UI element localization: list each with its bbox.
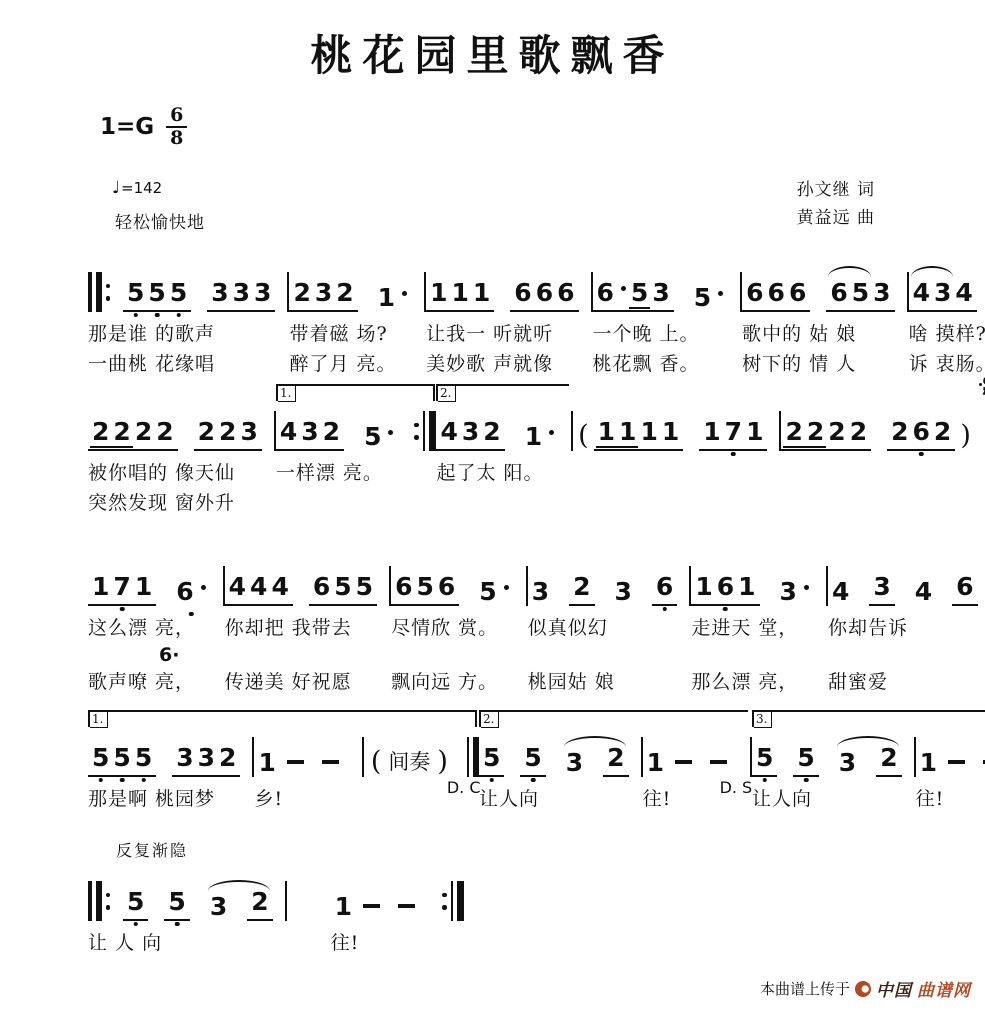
note: 5 (92, 744, 109, 772)
lyrics-row-2: 桃园姑 娘 (528, 667, 692, 697)
notes-row: 1613 (691, 560, 828, 606)
notes-row: 2321 (289, 266, 426, 312)
note-group: 5 (479, 744, 504, 777)
volta-bracket: 2. (436, 384, 569, 401)
note: 3 (233, 279, 250, 307)
lyrics-row-2: 美妙歌 声就像 (426, 349, 592, 379)
note-group: 5 (690, 284, 728, 312)
measure: (1111171 (573, 405, 781, 518)
site-name-light: 曲谱网 (917, 976, 971, 1001)
slur-arc (564, 736, 626, 747)
measure: 111666让我一 听就听美妙歌 声就像 (426, 266, 592, 379)
jump-mark: D. C (447, 778, 481, 797)
notes-row: (间奏) (364, 731, 479, 777)
measure: 1往!D. S (643, 731, 752, 814)
notes-row: 1 (331, 875, 464, 921)
lyrics-row-2: 醉了月 亮。 (289, 349, 426, 379)
note-group: 3 (528, 578, 553, 606)
note-group: 2 (569, 573, 594, 606)
note: 6 (717, 573, 734, 601)
note-group: 666 (510, 279, 578, 312)
measure: 5532让人向 (752, 731, 916, 814)
note: 6 (746, 279, 763, 307)
note-group: 555 (88, 744, 156, 777)
note-group: 656 (391, 573, 459, 606)
note: 6 (956, 573, 973, 601)
octave-dot (731, 452, 736, 457)
augmentation-dot (201, 585, 206, 590)
volta-number: 2. (438, 386, 456, 402)
repeat-fade-label: 反复渐隐 (116, 838, 907, 861)
lyrics-row-2: 桃花飘 香。 (593, 349, 743, 379)
note-group: 432 (436, 418, 504, 451)
note: 3 (839, 749, 856, 777)
note: 1 (378, 284, 408, 312)
lyrics-row-1: 让 人 向 (88, 928, 287, 958)
measure: 4346你却告诉甜蜜爱 (828, 560, 985, 697)
notes-row: 5532 (752, 731, 916, 777)
note: 2 (483, 418, 500, 446)
notes-row: 6565 (391, 560, 528, 606)
lyrics-row-2: 突然发现 窗外升 (88, 488, 276, 518)
lyrics-row-2: 甜蜜爱 (828, 667, 985, 697)
note: 2 (156, 418, 173, 446)
note: 5 (334, 573, 351, 601)
measure: 1716这么漂 亮，6·歌声嘹 亮， (88, 560, 225, 697)
barline-single (285, 881, 287, 921)
expression-text: 轻松愉快地 (115, 208, 205, 233)
lyrics-row-2: 飘向远 方。 (391, 667, 528, 697)
note-group: 3 (206, 893, 231, 921)
note: 3 (873, 573, 890, 601)
key-text: 1=G (100, 114, 154, 140)
note: 6 (789, 279, 806, 307)
octave-dot (762, 778, 767, 783)
barline-end-repeat (438, 881, 464, 921)
note: 3 (873, 279, 890, 307)
note: 1 (135, 573, 152, 601)
note-group: 1 (331, 891, 426, 921)
note: 6 (514, 279, 531, 307)
lyrics-row-1: 往! (331, 928, 464, 958)
lyrics-row-2 (276, 488, 437, 518)
lyrics-row-2: 诉 衷肠。 (909, 349, 985, 379)
notes-row: 4325 (276, 405, 437, 451)
note: 4 (280, 418, 297, 446)
note: 2 (891, 418, 908, 446)
note-group: 6 (652, 573, 677, 606)
note: 1 (647, 749, 664, 777)
lyrics-row-1: 带着磁 场? (289, 319, 426, 349)
alternate-note (691, 643, 828, 667)
note: 2 (828, 418, 845, 446)
note-group: 5 (793, 744, 818, 777)
measure: 555333那是谁 的歌声一曲桃 花缘唱 (88, 266, 289, 379)
lyrics-row-2: 传递美 好祝愿 (225, 667, 391, 697)
note-group: 3 (776, 578, 814, 606)
note: 2 (807, 418, 824, 446)
note: 2 (113, 418, 130, 446)
notes-row: 6535 (593, 266, 743, 312)
note: 4 (271, 573, 288, 601)
note: 4 (955, 279, 972, 307)
note: 5 (135, 744, 152, 772)
note-group: 5 (475, 578, 513, 606)
site-logo-icon (855, 981, 871, 997)
note-group: 2 (876, 744, 901, 777)
note-group: 653 (593, 279, 674, 312)
measure: 666653歌中的 姑 娘树下的 情 人 (742, 266, 908, 379)
note-group: 161 (691, 573, 759, 606)
note-group: 1 (916, 747, 985, 777)
sheet-music-page: 桃花园里歌飘香 1=G 6 8 ♩=142 轻松愉快地 孙文继 词 黄益远 曲 … (0, 0, 985, 1016)
augmentation-dot (718, 291, 723, 296)
notes-row: 2222262) (781, 405, 985, 451)
measure: (间奏)D. C (364, 731, 479, 814)
octave-dot (804, 778, 809, 783)
note-group: 332 (172, 744, 240, 777)
octave-dot (489, 778, 494, 783)
note: 5 (356, 573, 373, 601)
note: 6 (176, 578, 206, 606)
volta-number: 3. (754, 712, 772, 728)
note-group: 444 (225, 573, 293, 606)
note: 1 (598, 418, 615, 446)
note: 3 (780, 578, 810, 606)
note: 3 (532, 578, 549, 606)
note: 3 (566, 749, 583, 777)
music-line: 555333那是谁 的歌声一曲桃 花缘唱2321带着磁 场?醉了月 亮。1116… (88, 240, 907, 379)
dash-note (675, 747, 692, 777)
note-group: 1 (374, 284, 412, 312)
note: 1 (619, 418, 636, 446)
measure: 2222262) (781, 405, 985, 518)
notes-row: 2222223 (88, 405, 276, 451)
lyrics-row-1: 让我一 听就听 (426, 319, 592, 349)
measure: 2222223被你唱的 像天仙突然发现 窗外升 (88, 405, 276, 518)
music-line: 2222223被你唱的 像天仙突然发现 窗外升4325一样漂 亮。4321起了太… (88, 379, 907, 518)
note-group: (间奏) (364, 747, 455, 777)
note: 6 (438, 573, 455, 601)
notes-row: 1716 (88, 560, 225, 606)
note: 1 (258, 749, 275, 777)
note: 1 (430, 279, 447, 307)
dash-note (710, 747, 727, 777)
lyrics-row-1: 歌中的 姑 娘 (742, 319, 908, 349)
note-group: 653 (826, 279, 894, 312)
note: 5 (416, 573, 433, 601)
note: 1 (920, 749, 937, 777)
volta-bracket: 1. (276, 384, 435, 401)
note: 1 (451, 279, 468, 307)
note-group: 2222 (781, 418, 871, 451)
volta-number: 2. (481, 712, 499, 728)
note-group: 5 (360, 423, 398, 451)
note: 2 (573, 573, 590, 601)
measure: 4321起了太 阳。 (436, 405, 573, 518)
alternate-note (828, 643, 985, 667)
lyrics-row-2 (781, 488, 985, 518)
augmentation-dot (402, 291, 407, 296)
lyrics-row-1: 这么漂 亮， (88, 613, 225, 643)
octave-dot (662, 607, 667, 612)
music-line: 5532让 人 向1往! (88, 861, 907, 958)
lyrics-row-1: 让人向 (752, 784, 916, 814)
note: 2 (323, 418, 340, 446)
note: 3 (240, 418, 257, 446)
note: 2 (219, 744, 236, 772)
note: 5 (168, 888, 185, 916)
note-group: 2 (603, 744, 628, 777)
note: 2 (219, 418, 236, 446)
note: 5 (852, 279, 869, 307)
note: 1 (703, 418, 720, 446)
notes-row: 4346 (828, 560, 985, 606)
time-signature: 6 8 (166, 106, 187, 148)
lyrics-row-2: 歌声嘹 亮， (88, 667, 225, 697)
note-group: 3 (835, 749, 860, 777)
slur-arc (911, 266, 953, 277)
tempo-value: =142 (121, 179, 162, 197)
volta-bracket: 3. (752, 710, 985, 727)
measure: 1乡! (254, 731, 363, 814)
note: 3 (315, 279, 332, 307)
lyrics-row-1: 走进天 堂， (691, 613, 828, 643)
octave-dot (155, 313, 160, 318)
jump-mark: D. S (720, 778, 753, 797)
measure: 6535一个晚 上。桃花飘 香。 (593, 266, 743, 379)
octave-dot (120, 778, 125, 783)
note-group: 5 (123, 888, 148, 921)
barline-begin-repeat (88, 272, 114, 312)
notes-row: 3236 (528, 560, 692, 606)
note-group: 1 (254, 747, 349, 777)
note-group: 1 (521, 423, 559, 451)
note: 3 (934, 279, 951, 307)
measure: 3236似真似幻桃园姑 娘 (528, 560, 692, 697)
footer: 本曲谱上传于 中国 曲谱网 (760, 976, 971, 1001)
dash-note (948, 747, 965, 777)
lyrics-row-1: 一个晚 上。 (593, 319, 743, 349)
note: 4 (913, 279, 930, 307)
note: 2 (198, 418, 215, 446)
volta-number: 1. (90, 712, 108, 728)
lyrics-row-1: 尽情欣 赏。 (391, 613, 528, 643)
paren: ) (960, 421, 971, 451)
lyrics-row-1: 往! (916, 784, 985, 814)
measure: 555332那是啊 桃园梦 (88, 731, 254, 814)
note: 5 (127, 888, 144, 916)
measure: 5532让 人 向 (88, 875, 287, 958)
octave-dot (175, 922, 180, 927)
notes-row: 666653 (742, 266, 908, 312)
paren: ( (371, 747, 382, 777)
measure: 1613走进天 堂，那么漂 亮， (691, 560, 828, 697)
note-group: 432 (276, 418, 344, 451)
note-group: 434 (909, 279, 977, 312)
volta-bracket: 2. (479, 710, 748, 727)
notes-row: 1 (916, 731, 985, 777)
octave-dot (919, 452, 924, 457)
notes-row: (1111171 (573, 405, 781, 451)
note-group: 171 (699, 418, 767, 451)
augmentation-dot (388, 430, 393, 435)
note: 3 (462, 418, 479, 446)
octave-dot (120, 607, 125, 612)
note: 2 (934, 418, 951, 446)
note: 6 (313, 573, 330, 601)
note: 5 (483, 744, 500, 772)
octave-dot (176, 313, 181, 318)
score-header: 1=G 6 8 ♩=142 轻松愉快地 孙文继 词 黄益远 曲 (0, 82, 985, 240)
dash-note (363, 891, 380, 921)
note: 2 (92, 418, 109, 446)
note: 6 (830, 279, 847, 307)
dash-note (287, 747, 304, 777)
measure: 1往! (331, 875, 464, 958)
alternate-note (391, 643, 528, 667)
note: 6 (913, 418, 930, 446)
notes-row: 1 (254, 731, 363, 777)
barline-end-repeat (410, 411, 436, 451)
note: 1 (640, 418, 657, 446)
barline-double (467, 737, 479, 777)
lyrics-row-1 (781, 458, 985, 488)
octave-dot (723, 607, 728, 612)
note: 4 (915, 578, 932, 606)
note-group: 111 (426, 279, 494, 312)
octave-dot (133, 313, 138, 318)
note: 1 (746, 418, 763, 446)
note: 5 (113, 744, 130, 772)
lyrics-row-2: 那么漂 亮， (691, 667, 828, 697)
music-line: 1716这么漂 亮，6·歌声嘹 亮，444655你却把 我带去传递美 好祝愿65… (88, 534, 907, 697)
note: 2 (251, 888, 268, 916)
quarter-note-icon: ♩ (112, 178, 120, 198)
note: 3 (652, 279, 669, 307)
note: 5 (756, 744, 773, 772)
measure: 4346啥 摸样?诉 衷肠。 (909, 266, 985, 379)
note: 5 (127, 279, 144, 307)
notes-row: 555333 (88, 266, 289, 312)
note: 5 (479, 578, 509, 606)
note: 1 (695, 573, 712, 601)
alternate-note (225, 643, 391, 667)
lyrics-row-2: 一曲桃 花缘唱 (88, 349, 289, 379)
note: 1 (92, 573, 109, 601)
note-group: 3 (611, 578, 636, 606)
text-note: 间奏 (388, 747, 430, 777)
note-group: 333 (207, 279, 275, 312)
note-group: 232 (289, 279, 357, 312)
note: 2 (293, 279, 310, 307)
lyrics-row-1: 似真似幻 (528, 613, 692, 643)
note-group: 5 (752, 744, 777, 777)
measure: 6565尽情欣 赏。飘向远 方。 (391, 560, 528, 697)
note-group: 262 (887, 418, 955, 451)
note: 2 (785, 418, 802, 446)
note: 3 (176, 744, 193, 772)
lyrics-row-1: 你却告诉 (828, 613, 985, 643)
note: 3 (198, 744, 215, 772)
dash-note (322, 747, 339, 777)
octave-dot (141, 778, 146, 783)
score-body: 555333那是谁 的歌声一曲桃 花缘唱2321带着磁 场?醉了月 亮。1116… (88, 240, 907, 958)
notes-row: 4346 (909, 266, 985, 312)
note-group: 2222 (88, 418, 178, 451)
note: 2 (336, 279, 353, 307)
notes-row: 555332 (88, 731, 254, 777)
notes-row: 4321 (436, 405, 573, 451)
lyrics-row-1: 啥 摸样? (909, 319, 985, 349)
notes-row: 111666 (426, 266, 592, 312)
slur-arc (828, 266, 871, 277)
volta-number: 1. (278, 386, 296, 402)
note: 7 (113, 573, 130, 601)
note: 6 (395, 573, 412, 601)
note: 3 (301, 418, 318, 446)
augmentation-dot (621, 286, 626, 291)
note: 3 (254, 279, 271, 307)
notes-row: 444655 (225, 560, 391, 606)
time-signature-numerator: 6 (166, 106, 187, 128)
lyrics-row-1: 一样漂 亮。 (276, 458, 437, 488)
note: 3 (615, 578, 632, 606)
note-group: 171 (88, 573, 156, 606)
site-name-bold: 中国 (876, 976, 912, 1001)
notes-row: 1 (643, 731, 752, 777)
lyrics-row-1: 让人向 (479, 784, 643, 814)
volta-bracket: 1. (88, 710, 477, 727)
note-group: 1 (643, 747, 738, 777)
note-group: 2 (247, 888, 272, 921)
paren: ( (578, 421, 589, 451)
note: 1 (662, 418, 679, 446)
barline-begin-repeat (88, 881, 114, 921)
measure: 1往! (916, 731, 985, 814)
paren: ) (437, 747, 448, 777)
lyrics-row-2 (436, 488, 573, 518)
note: 1 (473, 279, 490, 307)
note: 6 (768, 279, 785, 307)
note: 6 (597, 279, 627, 307)
dash-note (398, 891, 415, 921)
lyrics-row-2: 树下的 情 人 (742, 349, 908, 379)
lyrics-row-1 (573, 458, 781, 488)
note: 5 (170, 279, 187, 307)
lyrics-row-1: 那是谁 的歌声 (88, 319, 289, 349)
note: 3 (210, 893, 227, 921)
key-signature: 1=G 6 8 (100, 106, 187, 148)
note: 4 (229, 573, 246, 601)
measure: 5532让人向 (479, 731, 643, 814)
octave-dot (133, 922, 138, 927)
note: 5 (364, 423, 394, 451)
augmentation-dot (804, 585, 809, 590)
note-group: 4 (828, 578, 853, 606)
note: 6 (536, 279, 553, 307)
lyrics-row-2 (573, 488, 781, 518)
lyrics-row-1: 那是啊 桃园梦 (88, 784, 254, 814)
music-line: 555332那是啊 桃园梦1乡!(间奏)D. C5532让人向1往!D. S55… (88, 705, 907, 814)
augmentation-dot (549, 430, 554, 435)
note: 4 (832, 578, 849, 606)
tempo-marking: ♩=142 (112, 178, 162, 198)
notes-row: 5532 (88, 875, 287, 921)
note: 1 (738, 573, 755, 601)
note-group: 223 (194, 418, 262, 451)
note: 1 (335, 893, 352, 921)
